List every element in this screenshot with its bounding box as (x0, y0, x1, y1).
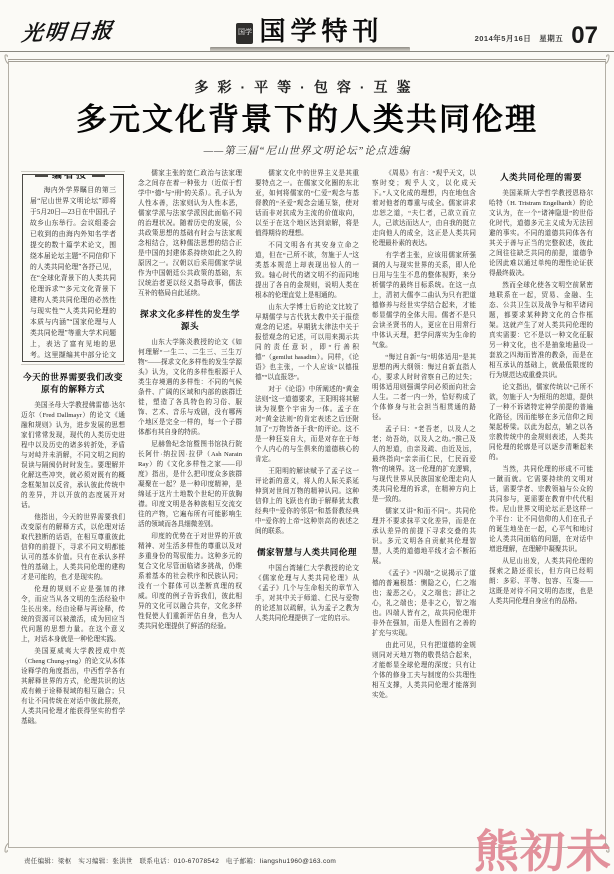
headline-block: 多彩·平等·包容·互鉴 多元文化背景下的人类共同伦理 ——第三届“尼山世界文明论… (21, 68, 593, 166)
body-paragraph: 美国夏威夷大学教授成中英（Cheng Chung-ying）的论文从本体诠释学的… (21, 647, 125, 727)
body-paragraph: 儒家文化中的世界主义是其重要特点之一。在儒家文化圈的东北亚，如何将儒家的“仁爱”… (255, 169, 359, 239)
content-frame: 多彩·平等·包容·互鉴 多元文化背景下的人类共同伦理 ——第三届“尼山世界文明论… (8, 59, 606, 848)
body-paragraph: 《周易》有言：“观乎天文，以察时变；观乎人文，以化成天下。”人文化成的理想，内在… (372, 169, 476, 249)
body-paragraph: 孟子曰：“老吾老，以及人之老；幼吾幼，以及人之幼。”推己及人的恕道，由亲及疏、由… (372, 425, 476, 505)
body-column-4: 《周易》有言：“观乎天文，以察时变；观乎人文，以化成天下。”人文化成的理想，内在… (372, 169, 476, 841)
body-paragraph: 当然，共同伦理的形成不可能一蹴而就。它需要持续的文明对话，需要学者、宗教领袖与公… (489, 465, 593, 555)
body-paragraph: 山东大学博士后的论文比较了早期儒学与古代犹太教中关于报偿观念的记述。早期犹太律法… (255, 303, 359, 383)
body-paragraph: 由此可见，只有把道德的金规则同对天地万物的敬畏结合起来，才能彰显全球伦理的深度；… (372, 641, 476, 701)
section-heading: 探求文化多样性的发生学源头 (138, 308, 242, 332)
paper-logo: 光明日报 (20, 14, 116, 47)
body-paragraph: 儒家主张的宽仁政治与法家理念之间存在着一种张力（近似于哲学中“德”与“刑”的关系… (138, 169, 242, 299)
body-paragraph: 从尼山出发，人类共同伦理的探索之路还很长，但方向已经明朗：多彩、平等、包容、互鉴… (489, 557, 593, 607)
section-heading: 人类共同伦理的需要 (489, 171, 593, 183)
body-column-1: 编者按 海内外学界瞩目的第三届“尼山世界文明论坛”即将于5月20日—23日在中国… (21, 169, 125, 841)
body-paragraph: 论文指出，儒家传统以“己所不欲，勿施于人”为枢纽的恕道，提供了一种不诉诸特定神学… (489, 383, 593, 463)
editor-note-body: 海内外学界瞩目的第三届“尼山世界文明论坛”即将于5月20日—23日在中国孔子故乡… (30, 185, 116, 362)
page-title: 多元文化背景下的人类共同伦理 (21, 104, 593, 137)
body-paragraph: 有学者主张，应该用儒家所强调的人与现实世界的关系，即人伦日用与生生不息的整体视野… (372, 251, 476, 351)
issue-date: 2014年5月16日 星期五 (475, 33, 564, 46)
dash-ornament (35, 175, 48, 177)
body-paragraph: 他指出，今天的世界需要我们改变原有的解释方式，以伦理对话取代独断的话语，在相互尊… (21, 513, 125, 583)
editor-note-box: 编者按 海内外学界瞩目的第三届“尼山世界文明论坛”即将于5月20日—23日在中国… (22, 174, 124, 362)
headline-subtitle: ——第三届“尼山世界文明论坛”论点选编 (21, 143, 593, 158)
body-paragraph: 山东大学陈炎教授的论文《如何理解“一生二、二生三、三生万物”——探求文化多样性的… (138, 338, 242, 438)
body-paragraph: 然而全球化使各文明空前紧密地联系在一起，贸易、金融、生态、公共卫生以及战争与和平… (489, 281, 593, 381)
editor-note-title: 编者按 (31, 174, 109, 184)
header-rule (0, 51, 614, 52)
dash-ornament (92, 175, 105, 177)
section-title: 国学特刊 (259, 18, 383, 44)
body-paragraph: 印度的优势在于对世界的开放精神、对生活多样性的尊重以及对多重身份的驾驭能力。这种… (138, 532, 242, 632)
guoxue-seal-icon: 国学 (236, 23, 253, 44)
article-columns: 编者按 海内外学界瞩目的第三届“尼山世界文明论坛”即将于5月20日—23日在中国… (21, 169, 593, 841)
footer-editor-line: 责任编辑：梁枢 实习编辑：张洪世 联系电话：010-67078542 电子邮箱：… (24, 856, 336, 865)
watermark-text: 熊初未 (474, 829, 612, 874)
body-paragraph: 中国台湾辅仁大学教授的论文《儒家伦理与人类共同伦理》从《孟子》几个与生命相关的章… (255, 564, 359, 624)
body-paragraph: 美国莱斯大学哲学教授恩格尔哈特（H. Tristram Engelhardt）的… (489, 189, 593, 279)
section-heading: 今天的世界需要我们改变原有的解释方式 (21, 371, 125, 395)
body-paragraph: 伦理的规则不应是强加的律令，而应当从各文明的生活经验中生长出来。经由诠释与再诠释… (21, 585, 125, 645)
date-text: 2014年5月16日 (475, 34, 532, 43)
section-heading: 儒家智慧与人类共同伦理 (255, 546, 359, 558)
body-paragraph: 对于《论语》中所阐述的“黄金法则”这一道德要求，王阳明将其解读为视整个宇宙为一体… (255, 385, 359, 465)
body-column-5: 人类共同伦理的需要 美国莱斯大学哲学教授恩格尔哈特（H. Tristram En… (489, 169, 593, 841)
newspaper-page: { "masthead": { "logo": "光明日报", "seal_te… (0, 0, 614, 874)
editor-note-title-text: 编者按 (52, 174, 88, 184)
body-column-3: 儒家文化中的世界主义是其重要特点之一。在儒家文化圈的东北亚，如何将儒家的“仁爱”… (255, 169, 359, 841)
body-paragraph: 王阳明的解读赋予了孟子这一评论新的意义，将人的人际关系延伸到对世间万物的精神认同… (255, 467, 359, 537)
weekday-text: 星期五 (539, 34, 563, 43)
body-paragraph: “悔过自新”与“明体适用”是其思想的两大纲领：悔过自新直指人心，要求人时时省察自… (372, 353, 476, 423)
headline-kicker: 多彩·平等·包容·互鉴 (21, 77, 593, 97)
body-paragraph: 尼赫鲁纪念馆暨图书馆执行院长阿什·纳拉因·拉伊（Ash Narain Ray）的… (138, 440, 242, 530)
body-paragraph: 不同文明各有其安身立命之道，但在“己所不欲，勿施于人”这类基本规范上却表现出惊人… (255, 241, 359, 301)
body-paragraph: 儒家又讲“和而不同”。共同伦理并不要求抹平文化差异，而是在承认差异的前提下寻求交… (372, 507, 476, 567)
page-number: 07 (571, 26, 598, 46)
body-paragraph: 《孟子》“四端”之说揭示了道德的普遍根基：恻隐之心，仁之端也；羞恶之心，义之端也… (372, 569, 476, 639)
masthead: 光明日报 国学 国学特刊 2014年5月16日 星期五 07 (22, 10, 598, 48)
section-title-block: 国学 国学特刊 (210, 18, 410, 52)
body-column-2: 儒家主张的宽仁政治与法家理念之间存在着一种张力（近似于哲学中“德”与“刑”的关系… (138, 169, 242, 841)
body-paragraph: 美国圣母大学教授佛雷德·达尔迈尔（Fred Dallmayr）的论文《通融和规则… (21, 401, 125, 511)
